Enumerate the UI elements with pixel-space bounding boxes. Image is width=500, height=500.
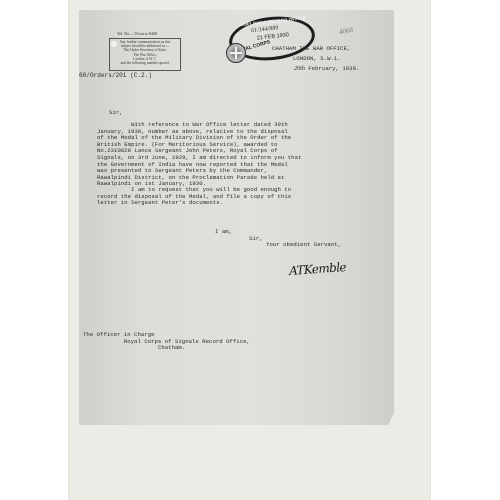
letter-photocopy: Tel. No.—Victoria 8400. Any further comm… (79, 10, 394, 425)
body-paragraph-1: With reference to War Office letter date… (97, 122, 301, 188)
closing: I am, Sir, Your obedient Servant, (215, 229, 341, 249)
date-handwritten: 20th (294, 66, 305, 72)
body-paragraph-2: I am to request that you will be good en… (97, 187, 291, 207)
sender-address-line1: CHATHAM THE WAR OFFICE, (272, 46, 350, 53)
date-typed: February, 1930. (308, 65, 359, 72)
sender-address-line2: LONDON, S.W.1. (293, 56, 341, 63)
salutation: Sir, (109, 110, 123, 117)
stamp-date: 21 FEB 1930 (257, 32, 290, 41)
instruction-box: Any further communication on this subjec… (109, 38, 181, 71)
telephone-number: Tel. No.—Victoria 8400. (117, 31, 158, 38)
letter-date: 20th February, 1930. (294, 66, 359, 73)
sender-office: THE WAR OFFICE, (299, 45, 350, 52)
instruction-line: and the following number quoted. (110, 61, 180, 65)
addressee: The Officer in Charge Royal Corps of Sig… (83, 332, 250, 352)
stamp-place: CHATHAM (272, 45, 296, 52)
signature: ATKemble (289, 260, 347, 278)
handwritten-file-mark: 4066 (338, 26, 353, 37)
punch-hole (111, 41, 117, 47)
reference-number: 68/Orders/201 (C.2.) (79, 73, 152, 80)
seal-icon (226, 43, 246, 63)
